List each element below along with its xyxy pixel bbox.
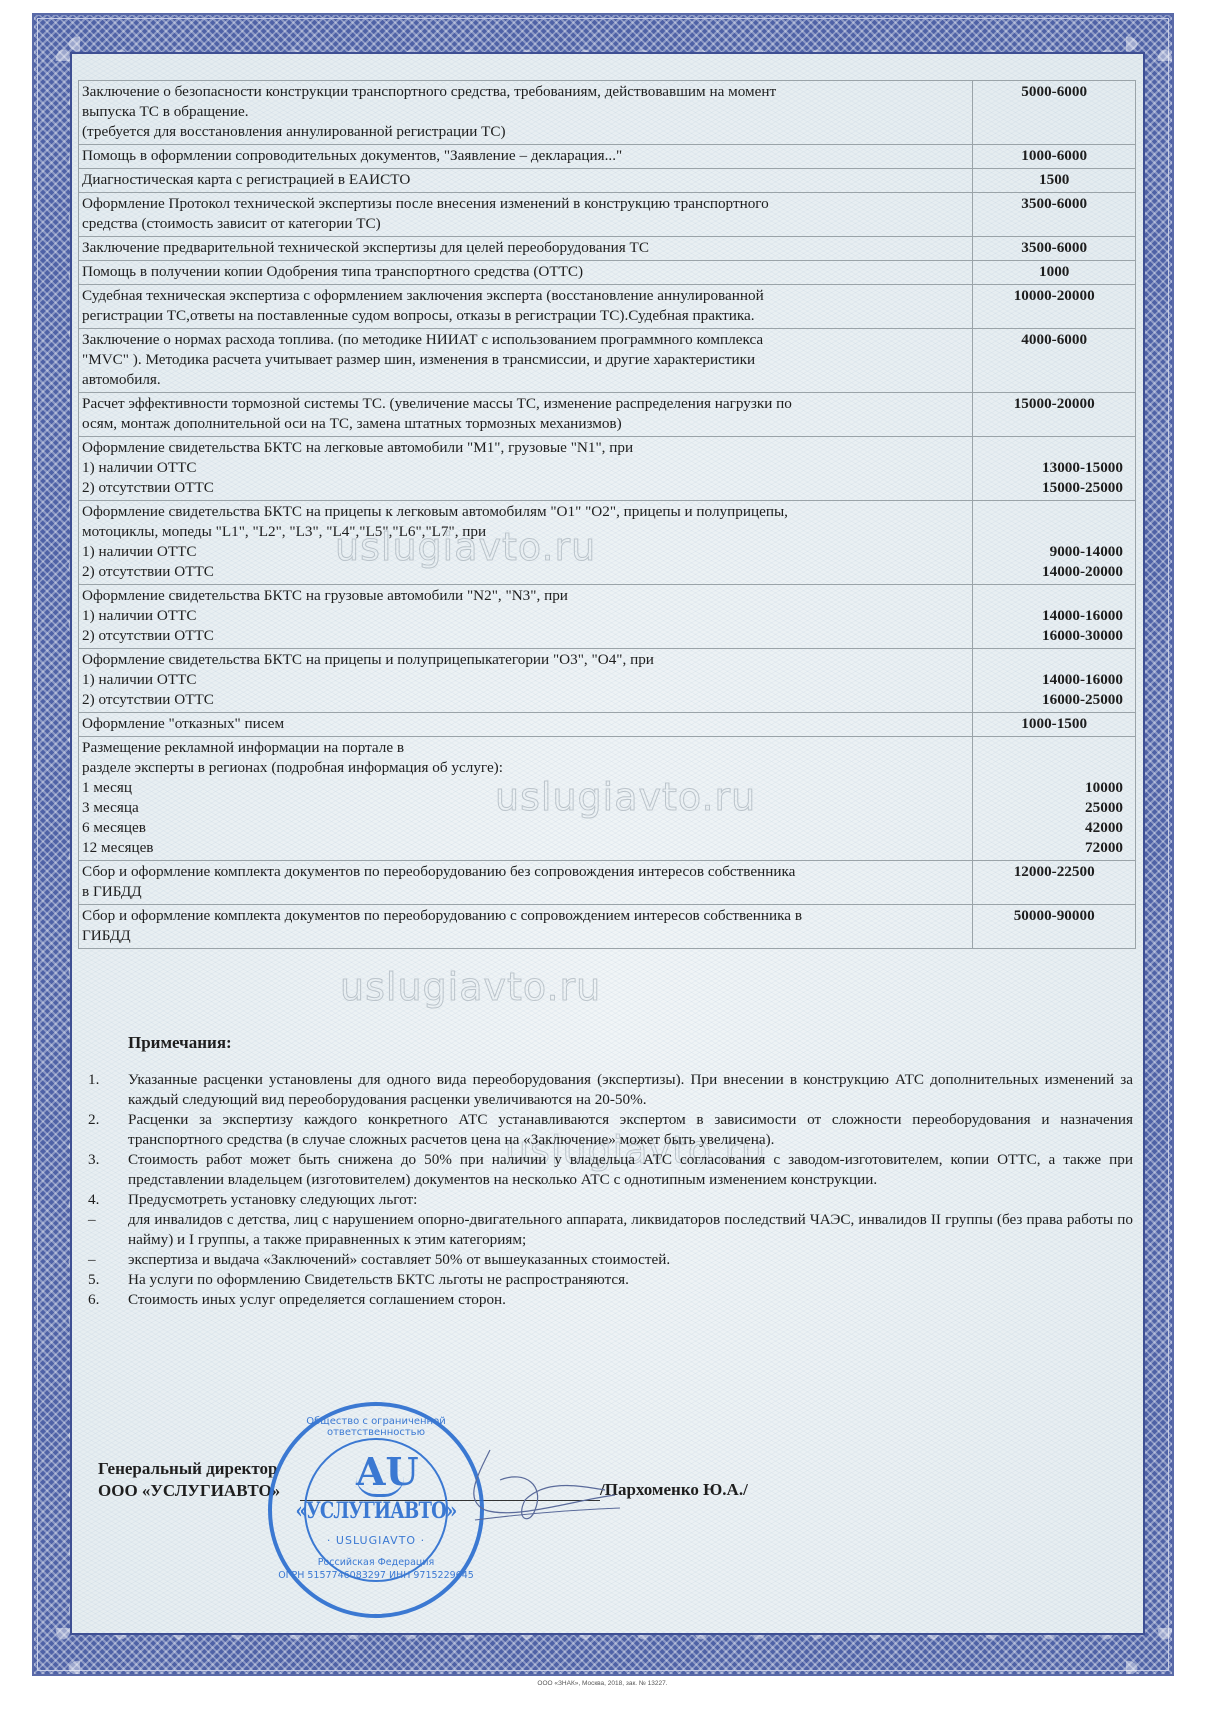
service-cell: Оформление Протокол технической эксперти… bbox=[79, 193, 973, 237]
price-cell: 9000-1400014000-20000 bbox=[973, 501, 1136, 585]
service-text: Оформление "отказных" писем bbox=[82, 714, 969, 734]
option-price: 14000-16000 bbox=[976, 606, 1123, 626]
service-text: выпуска ТС в обращение. bbox=[82, 102, 969, 122]
notes-list: 1.Указанные расценки установлены для одн… bbox=[88, 1070, 1133, 1310]
service-text: Помощь в оформлении сопроводительных док… bbox=[82, 146, 969, 166]
option-label: 6 месяцев bbox=[82, 818, 969, 838]
note-item: 4.Предусмотреть установку следующих льго… bbox=[88, 1190, 1133, 1210]
table-row: Оформление Протокол технической эксперти… bbox=[79, 193, 1136, 237]
price-cell: 3500-6000 bbox=[973, 237, 1136, 261]
price-spacer bbox=[976, 502, 1123, 522]
price-cell: 12000-22500 bbox=[973, 861, 1136, 905]
note-item: 3.Стоимость работ может быть снижена до … bbox=[88, 1150, 1133, 1190]
service-cell: Оформление свидетельства БКТС на прицепы… bbox=[79, 501, 973, 585]
service-cell: Диагностическая карта с регистрацией в Е… bbox=[79, 169, 973, 193]
table-row: Помощь в оформлении сопроводительных док… bbox=[79, 145, 1136, 169]
table-row: Сбор и оформление комплекта документов п… bbox=[79, 905, 1136, 949]
price-cell: 50000-90000 bbox=[973, 905, 1136, 949]
service-text: Сбор и оформление комплекта документов п… bbox=[82, 862, 969, 882]
table-row: Расчет эффективности тормозной системы Т… bbox=[79, 393, 1136, 437]
price-spacer bbox=[976, 758, 1123, 778]
price-cell: 14000-1600016000-30000 bbox=[973, 585, 1136, 649]
price-spacer bbox=[976, 650, 1123, 670]
price-cell: 1000-1500 bbox=[973, 713, 1136, 737]
price-cell: 14000-1600016000-25000 bbox=[973, 649, 1136, 713]
service-text: автомобиля. bbox=[82, 370, 969, 390]
price-cell: 1000-6000 bbox=[973, 145, 1136, 169]
note-marker: – bbox=[88, 1250, 128, 1270]
note-text: Стоимость работ может быть снижена до 50… bbox=[128, 1150, 1133, 1190]
option-label: 3 месяца bbox=[82, 798, 969, 818]
printer-imprint: ООО «ЗНАК», Москва, 2018, зак. № 13227. bbox=[0, 1680, 1205, 1687]
table-row: Оформление "отказных" писем1000-1500 bbox=[79, 713, 1136, 737]
note-item: 6.Стоимость иных услуг определяется согл… bbox=[88, 1290, 1133, 1310]
table-row: Заключение предварительной технической э… bbox=[79, 237, 1136, 261]
note-marker: 2. bbox=[88, 1110, 128, 1150]
table-row: Судебная техническая экспертиза с оформл… bbox=[79, 285, 1136, 329]
signer-position: Генеральный директор bbox=[98, 1458, 280, 1480]
service-text: осям, монтаж дополнительной оси на ТС, з… bbox=[82, 414, 969, 434]
service-text: Заключение предварительной технической э… bbox=[82, 238, 969, 258]
service-text: Оформление свидетельства БКТС на прицепы… bbox=[82, 502, 969, 522]
price-cell: 4000-6000 bbox=[973, 329, 1136, 393]
service-text: мотоциклы, мопеды "L1", "L2", "L3", "L4"… bbox=[82, 522, 969, 542]
table-row: Заключение о безопасности конструкции тр… bbox=[79, 81, 1136, 145]
note-text: Стоимость иных услуг определяется соглаш… bbox=[128, 1290, 1133, 1310]
option-label: 12 месяцев bbox=[82, 838, 969, 858]
note-item: 5.На услуги по оформлению Свидетельств Б… bbox=[88, 1270, 1133, 1290]
note-text: для инвалидов с детства, лиц с нарушение… bbox=[128, 1210, 1133, 1250]
service-cell: Оформление свидетельства БКТС на грузовы… bbox=[79, 585, 973, 649]
company-stamp: Общество с ограниченной ответственностью… bbox=[268, 1402, 484, 1618]
signer-company: ООО «УСЛУГИАВТО» bbox=[98, 1480, 280, 1502]
stamp-bottom-text: Российская Федерация ОГРН 5157746083297 … bbox=[272, 1556, 480, 1582]
price-cell: 3500-6000 bbox=[973, 193, 1136, 237]
service-text: Судебная техническая экспертиза с оформл… bbox=[82, 286, 969, 306]
price-cell: 1500 bbox=[973, 169, 1136, 193]
option-price: 14000-16000 bbox=[976, 670, 1123, 690]
stamp-country: Российская Федерация bbox=[272, 1556, 480, 1569]
note-text: Предусмотреть установку следующих льгот: bbox=[128, 1190, 1133, 1210]
service-text: Оформление свидетельства БКТС на прицепы… bbox=[82, 650, 969, 670]
option-label: 2) отсутствии ОТТС bbox=[82, 626, 969, 646]
note-marker: 6. bbox=[88, 1290, 128, 1310]
service-cell: Сбор и оформление комплекта документов п… bbox=[79, 905, 973, 949]
service-text: Оформление Протокол технической эксперти… bbox=[82, 194, 969, 214]
service-text: ГИБДД bbox=[82, 926, 969, 946]
note-marker: 4. bbox=[88, 1190, 128, 1210]
service-cell: Заключение о безопасности конструкции тр… bbox=[79, 81, 973, 145]
price-spacer bbox=[976, 522, 1123, 542]
note-text: Расценки за экспертизу каждого конкретно… bbox=[128, 1110, 1133, 1150]
table-row: Размещение рекламной информации на порта… bbox=[79, 737, 1136, 861]
service-text: средства (стоимость зависит от категории… bbox=[82, 214, 969, 234]
option-price: 25000 bbox=[976, 798, 1123, 818]
service-text: Сбор и оформление комплекта документов п… bbox=[82, 906, 969, 926]
price-spacer bbox=[976, 438, 1123, 458]
service-text: Размещение рекламной информации на порта… bbox=[82, 738, 969, 758]
note-item: –для инвалидов с детства, лиц с нарушени… bbox=[88, 1210, 1133, 1250]
table-row: Оформление свидетельства БКТС на прицепы… bbox=[79, 649, 1136, 713]
price-cell: 15000-20000 bbox=[973, 393, 1136, 437]
note-text: Указанные расценки установлены для одног… bbox=[128, 1070, 1133, 1110]
option-label: 1) наличии ОТТС bbox=[82, 458, 969, 478]
service-text: Помощь в получении копии Одобрения типа … bbox=[82, 262, 969, 282]
service-text: Диагностическая карта с регистрацией в Е… bbox=[82, 170, 969, 190]
note-text: На услуги по оформлению Свидетельств БКТ… bbox=[128, 1270, 1133, 1290]
option-label: 1) наличии ОТТС bbox=[82, 670, 969, 690]
price-cell: 10000-20000 bbox=[973, 285, 1136, 329]
option-price: 72000 bbox=[976, 838, 1123, 858]
handwritten-signature bbox=[455, 1440, 625, 1530]
service-text: Оформление свидетельства БКТС на грузовы… bbox=[82, 586, 969, 606]
service-cell: Помощь в получении копии Одобрения типа … bbox=[79, 261, 973, 285]
table-row: Диагностическая карта с регистрацией в Е… bbox=[79, 169, 1136, 193]
price-cell: 1000 bbox=[973, 261, 1136, 285]
option-price: 16000-25000 bbox=[976, 690, 1123, 710]
service-text: разделе эксперты в регионах (подробная и… bbox=[82, 758, 969, 778]
price-cell: 5000-6000 bbox=[973, 81, 1136, 145]
option-label: 1) наличии ОТТС bbox=[82, 606, 969, 626]
table-row: Оформление свидетельства БКТС на грузовы… bbox=[79, 585, 1136, 649]
option-price: 10000 bbox=[976, 778, 1123, 798]
stamp-top-text: Общество с ограниченной ответственностью bbox=[272, 1416, 480, 1438]
table-row: Заключение о нормах расхода топлива. (по… bbox=[79, 329, 1136, 393]
stamp-logo-icon: AU bbox=[356, 1450, 404, 1497]
service-text: Заключение о нормах расхода топлива. (по… bbox=[82, 330, 969, 350]
service-cell: Оформление свидетельства БКТС на легковы… bbox=[79, 437, 973, 501]
service-cell: Заключение предварительной технической э… bbox=[79, 237, 973, 261]
option-label: 1 месяц bbox=[82, 778, 969, 798]
service-cell: Заключение о нормах расхода топлива. (по… bbox=[79, 329, 973, 393]
service-text: Расчет эффективности тормозной системы Т… bbox=[82, 394, 969, 414]
service-cell: Расчет эффективности тормозной системы Т… bbox=[79, 393, 973, 437]
price-cell: 13000-1500015000-25000 bbox=[973, 437, 1136, 501]
option-price: 13000-15000 bbox=[976, 458, 1123, 478]
service-text: "MVC" ). Методика расчета учитывает разм… bbox=[82, 350, 969, 370]
service-cell: Оформление свидетельства БКТС на прицепы… bbox=[79, 649, 973, 713]
note-marker: – bbox=[88, 1210, 128, 1250]
service-cell: Сбор и оформление комплекта документов п… bbox=[79, 861, 973, 905]
option-price: 16000-30000 bbox=[976, 626, 1123, 646]
note-text: экспертиза и выдача «Заключений» составл… bbox=[128, 1250, 1133, 1270]
table-row: Сбор и оформление комплекта документов п… bbox=[79, 861, 1136, 905]
service-cell: Оформление "отказных" писем bbox=[79, 713, 973, 737]
table-row: Помощь в получении копии Одобрения типа … bbox=[79, 261, 1136, 285]
table-row: Оформление свидетельства БКТС на прицепы… bbox=[79, 501, 1136, 585]
stamp-registration: ОГРН 5157746083297 ИНН 9715229645 bbox=[272, 1569, 480, 1582]
stamp-company-name: «УСЛУГИАВТО» bbox=[291, 1498, 462, 1524]
note-item: 1.Указанные расценки установлены для одн… bbox=[88, 1070, 1133, 1110]
option-price: 42000 bbox=[976, 818, 1123, 838]
option-label: 2) отсутствии ОТТС bbox=[82, 690, 969, 710]
service-text: Заключение о безопасности конструкции тр… bbox=[82, 82, 969, 102]
price-spacer bbox=[976, 586, 1123, 606]
price-table: Заключение о безопасности конструкции тр… bbox=[78, 80, 1136, 949]
price-cell: 10000250004200072000 bbox=[973, 737, 1136, 861]
note-marker: 1. bbox=[88, 1070, 128, 1110]
note-item: 2.Расценки за экспертизу каждого конкрет… bbox=[88, 1110, 1133, 1150]
signature-block: Генеральный директор ООО «УСЛУГИАВТО» bbox=[98, 1458, 280, 1502]
table-row: Оформление свидетельства БКТС на легковы… bbox=[79, 437, 1136, 501]
service-text: в ГИБДД bbox=[82, 882, 969, 902]
note-marker: 3. bbox=[88, 1150, 128, 1190]
service-cell: Судебная техническая экспертиза с оформл… bbox=[79, 285, 973, 329]
notes-title: Примечания: bbox=[128, 1033, 232, 1053]
price-spacer bbox=[976, 738, 1123, 758]
service-text: регистрации ТС,ответы на поставленные су… bbox=[82, 306, 969, 326]
option-label: 2) отсутствии ОТТС bbox=[82, 562, 969, 582]
stamp-latin-name: · USLUGIAVTO · bbox=[272, 1534, 480, 1547]
option-label: 2) отсутствии ОТТС bbox=[82, 478, 969, 498]
note-item: –экспертиза и выдача «Заключений» состав… bbox=[88, 1250, 1133, 1270]
service-cell: Помощь в оформлении сопроводительных док… bbox=[79, 145, 973, 169]
option-price: 14000-20000 bbox=[976, 562, 1123, 582]
option-price: 9000-14000 bbox=[976, 542, 1123, 562]
option-label: 1) наличии ОТТС bbox=[82, 542, 969, 562]
service-text: (требуется для восстановления аннулирова… bbox=[82, 122, 969, 142]
note-marker: 5. bbox=[88, 1270, 128, 1290]
option-price: 15000-25000 bbox=[976, 478, 1123, 498]
service-cell: Размещение рекламной информации на порта… bbox=[79, 737, 973, 861]
service-text: Оформление свидетельства БКТС на легковы… bbox=[82, 438, 969, 458]
